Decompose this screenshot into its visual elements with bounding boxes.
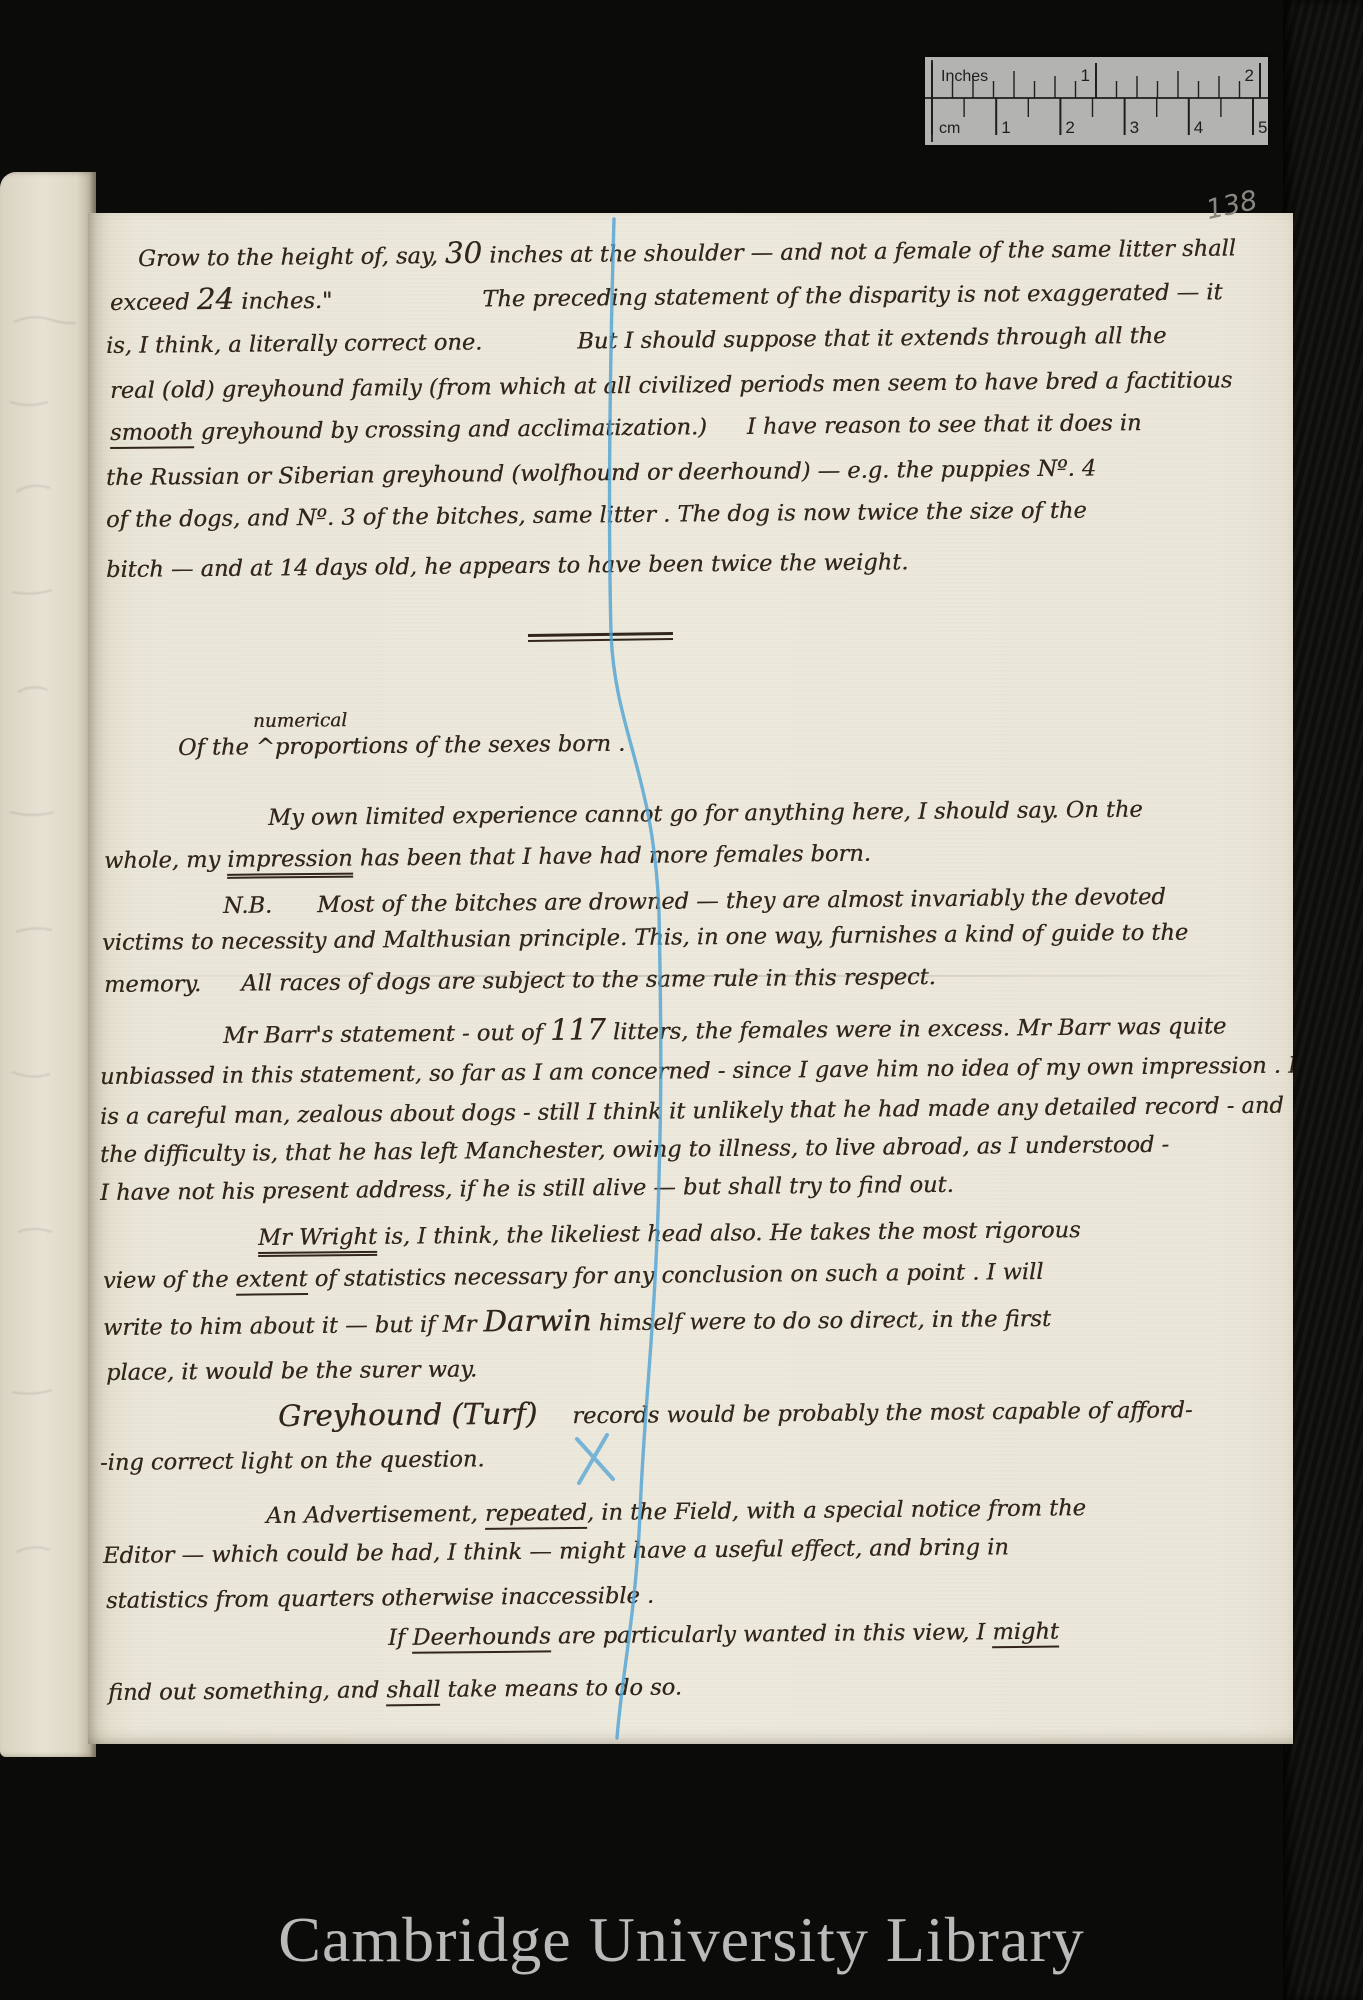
svg-text:5: 5: [1258, 118, 1267, 137]
svg-text:1: 1: [1081, 66, 1090, 85]
show-through-writing: [0, 172, 96, 1757]
manuscript-page: Grow to the height of, say, 30 inches at…: [88, 213, 1293, 1744]
svg-text:1: 1: [1001, 118, 1010, 137]
svg-text:2: 2: [1065, 118, 1074, 137]
library-watermark: Cambridge University Library: [0, 1903, 1363, 1977]
folded-facing-leaf: [0, 172, 96, 1757]
backdrop-fabric-seam: [1283, 0, 1363, 2000]
photograph-backdrop: Grow to the height of, say, 30 inches at…: [0, 0, 1363, 2000]
svg-text:3: 3: [1130, 118, 1139, 137]
svg-text:Inches: Inches: [941, 68, 988, 85]
svg-text:2: 2: [1245, 66, 1254, 85]
measurement-ruler: Inchescm1212345: [925, 57, 1268, 145]
svg-text:4: 4: [1194, 118, 1203, 137]
blue-crayon-vertical-line: [610, 219, 661, 1738]
blue-crayon-x-mark: [577, 1435, 613, 1483]
svg-text:cm: cm: [939, 120, 960, 137]
ruler-scale: Inchescm1212345: [925, 57, 1268, 145]
blue-crayon-marks: [88, 213, 1293, 1744]
